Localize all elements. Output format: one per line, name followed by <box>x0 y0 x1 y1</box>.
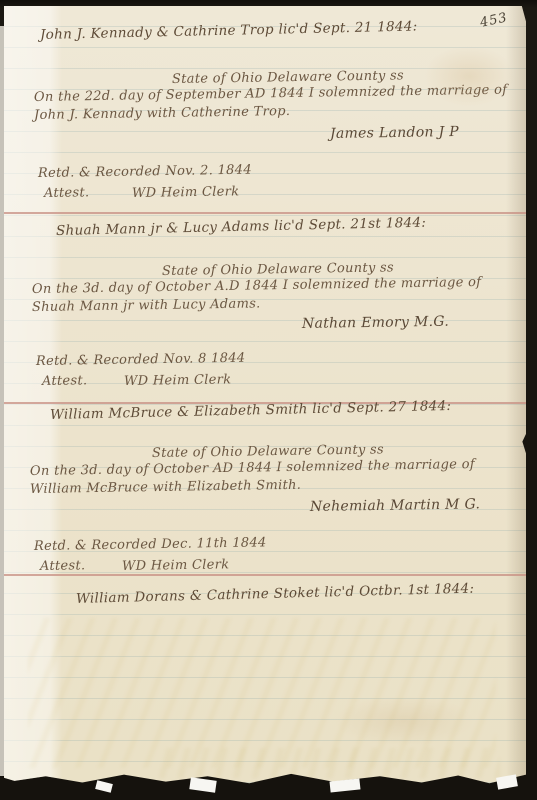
clerk-signature: WD Heim Clerk <box>132 184 240 201</box>
clerk-signature: WD Heim Clerk <box>124 372 232 389</box>
solemnized-line-2: John J. Kennady with Catherine Trop. <box>34 104 290 123</box>
torn-bottom-edge <box>95 780 113 793</box>
entry-header: Shuah Mann jr & Lucy Adams lic'd Sept. 2… <box>56 216 426 239</box>
ledger-page: 453 John J. Kennady & Cathrine Trop lic'… <box>4 6 526 784</box>
red-separator-line-3 <box>4 574 526 576</box>
ink-bleed-through <box>28 618 496 768</box>
clerk-signature: WD Heim Clerk <box>122 557 230 574</box>
entry-header: William Dorans & Cathrine Stoket lic'd O… <box>76 582 475 607</box>
scan-left-edge <box>0 26 4 776</box>
returned-recorded-line: Retd. & Recorded Nov. 8 1844 <box>36 351 246 369</box>
torn-bottom-edge <box>496 774 518 789</box>
officiant-signature: Nehemiah Martin M G. <box>310 497 480 515</box>
attest-label: Attest. <box>40 558 86 574</box>
solemnized-line-1: On the 3d. day of October A.D 1844 I sol… <box>32 275 482 297</box>
red-separator-line-1 <box>4 212 526 214</box>
solemnized-line-2: Shuah Mann jr with Lucy Adams. <box>32 296 261 315</box>
scanned-ledger-background: 453 John J. Kennady & Cathrine Trop lic'… <box>0 0 537 800</box>
torn-bottom-edge <box>330 778 361 792</box>
marriage-entry-1: John J. Kennady & Cathrine Trop lic'd Se… <box>4 28 526 208</box>
solemnized-line-2: William McBruce with Elizabeth Smith. <box>30 478 301 497</box>
torn-bottom-edge <box>189 777 216 793</box>
entry-header: John J. Kennady & Cathrine Trop lic'd Se… <box>40 19 418 43</box>
solemnized-line-1: On the 22d. day of September AD 1844 I s… <box>34 83 507 105</box>
marriage-entry-2: Shuah Mann jr & Lucy Adams lic'd Sept. 2… <box>4 224 526 396</box>
officiant-signature: Nathan Emory M.G. <box>302 315 449 332</box>
attest-label: Attest. <box>42 373 88 389</box>
returned-recorded-line: Retd. & Recorded Dec. 11th 1844 <box>34 535 267 554</box>
ink-bleed-through <box>154 748 500 778</box>
marriage-entry-3: William McBruce & Elizabeth Smith lic'd … <box>4 408 526 580</box>
attest-label: Attest. <box>44 185 90 201</box>
solemnized-line-1: On the 3d. day of October AD 1844 I sole… <box>30 457 475 479</box>
returned-recorded-line: Retd. & Recorded Nov. 2. 1844 <box>38 163 252 181</box>
officiant-signature: James Landon J P <box>330 125 459 142</box>
